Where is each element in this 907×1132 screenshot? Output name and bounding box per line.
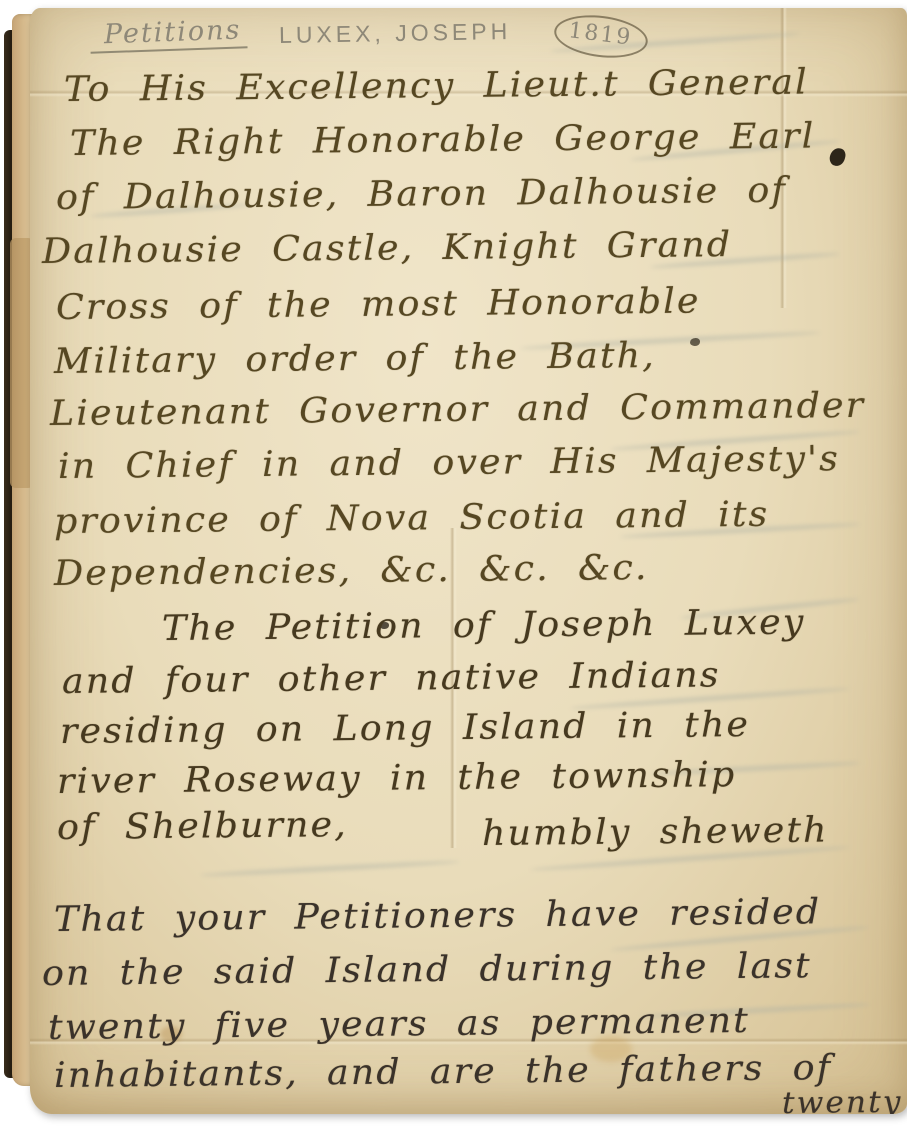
manuscript-line: To His Excellency Lieut.t General [64,63,809,110]
manuscript-line: That your Petitioners have resided [54,892,822,940]
manuscript-line: in Chief in and over His Majesty's [58,439,840,487]
manuscript-line: and four other native Indians [62,655,721,702]
document-scan: Petitions LUXEX, JOSEPH 1819 To His Exce… [0,0,907,1132]
manuscript-line: river Roseway in the township [57,755,737,802]
archival-annotation: Petitions LUXEX, JOSEPH 1819 [90,16,648,57]
manuscript-line: of Dalhousie, Baron Dalhousie of [56,171,787,218]
bleed-through-mark [200,859,460,878]
manuscript-line: inhabitants, and are the fathers of [54,1048,833,1096]
manuscript-line: residing on Long Island in the [60,705,750,752]
manuscript-line: The Right Honorable George Earl [70,116,816,164]
manuscript-line: province of Nova Scotia and its [54,495,770,542]
manuscript-line: Dependencies, &c. &c. &c. [54,548,649,594]
annotation-year: 1819 [552,10,650,62]
manuscript-line: Dalhousie Castle, Knight Grand [42,225,733,272]
annotation-name: LUXEX, JOSEPH [278,18,511,49]
manuscript-line: Cross of the most Honorable [56,282,701,328]
manuscript-line: Military order of the Bath, [54,336,656,382]
manuscript-line: Lieutenant Governor and Commander [50,386,865,434]
manuscript-line: The Petition of Joseph Luxey [162,603,806,649]
manuscript-catchword: twenty [782,1085,903,1114]
manuscript-line: on the said Island during the last [42,946,812,994]
manuscript-page: Petitions LUXEX, JOSEPH 1819 To His Exce… [30,8,907,1114]
manuscript-line: of Shelburne, [57,805,348,848]
manuscript-line: humbly sheweth [482,811,829,854]
fold-crease [780,8,787,308]
manuscript-line: twenty five years as permanent [48,1001,750,1048]
annotation-category: Petitions [89,14,247,53]
ink-blot [690,338,700,346]
ink-blot [828,146,847,167]
